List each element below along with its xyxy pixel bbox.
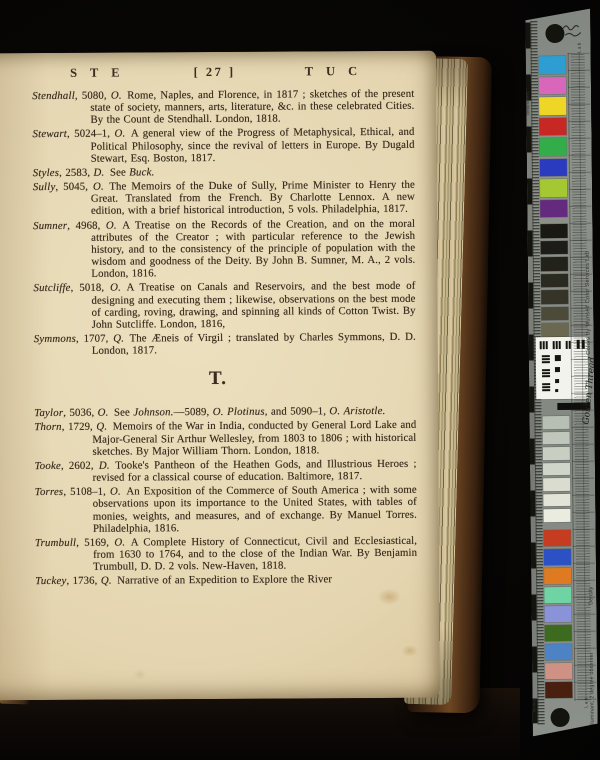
color-patch — [544, 568, 571, 584]
color-patch — [545, 663, 572, 679]
catalog-entry: Sully, 5045, O. The Memoirs of the Duke … — [33, 179, 415, 218]
calibration-strip: centimeters inches L a b — [525, 9, 598, 737]
handwritten-annotation — [561, 22, 585, 40]
color-patch — [539, 56, 566, 74]
color-patch — [540, 138, 567, 156]
catalog-entry: Tooke, 2602, D. Tooke's Pantheon of the … — [35, 458, 417, 485]
color-patch — [543, 509, 570, 522]
color-patch — [539, 117, 566, 135]
color-patch — [540, 224, 567, 238]
lab-column-header-top: L a b — [576, 37, 581, 53]
color-patch — [545, 644, 572, 660]
color-patch — [543, 431, 570, 444]
catalog-entry: Tuckey, 1736, Q. Narrative of an Expedit… — [35, 573, 417, 587]
color-patch — [541, 323, 568, 337]
catalog-entry: Stendhall, 5080, O. Rome, Naples, and Fl… — [32, 88, 414, 127]
color-patch — [540, 199, 567, 217]
catalog-entry: Sumner, 4968, O. A Treatise on the Recor… — [33, 217, 415, 280]
running-head: S T E [ 27 ] T U C — [32, 64, 414, 81]
color-patch — [545, 625, 572, 641]
color-patch — [541, 273, 568, 287]
catalog-entry: Sutcliffe, 5018, O. A Treatise on Canals… — [33, 280, 415, 331]
color-patch — [544, 606, 571, 622]
catalog-entry: Symmons, 1707, Q. The Æneis of Virgil ; … — [34, 331, 416, 358]
color-patch — [540, 179, 567, 197]
page-number: [ 27 ] — [194, 65, 236, 80]
catalog-entry: Torres, 5108–1, O. An Exposition of the … — [35, 484, 417, 535]
catalog-entry: Styles, 2583, D. See Buck. — [33, 165, 415, 179]
illuminant-label: D50 Illuminant, 2 degree observer — [589, 619, 596, 739]
entries-section-s: Stendhall, 5080, O. Rome, Naples, and Fl… — [32, 88, 416, 358]
color-patch — [541, 306, 568, 320]
color-patch — [544, 587, 571, 603]
color-patch-group-top — [526, 53, 568, 217]
lab-column-header-bottom: L a b — [583, 692, 588, 708]
catalog-entry: Taylor, 5036, O. See Johnson.—5089, O. P… — [34, 405, 416, 419]
catalog-entry: Stewart, 5024–1, O. A general view of th… — [32, 126, 414, 165]
color-patch — [543, 462, 570, 475]
color-patch — [539, 76, 566, 94]
gray-ramp-dark — [527, 221, 568, 337]
color-patch — [544, 530, 571, 546]
color-patch — [539, 97, 566, 115]
color-patch — [543, 447, 570, 460]
color-patch — [543, 478, 570, 491]
gray-ramp-light — [529, 413, 570, 522]
color-patch — [540, 158, 567, 176]
running-head-left: S T E — [70, 66, 125, 81]
density-label: Density — [588, 557, 595, 605]
color-patch-group-bottom — [531, 527, 573, 698]
color-patch — [541, 290, 568, 304]
catalog-entry: Trumbull, 5169, O. A Complete History of… — [35, 535, 417, 574]
section-letter-heading: T. — [34, 367, 402, 391]
book-page: S T E [ 27 ] T U C Stendhall, 5080, O. R… — [0, 51, 440, 701]
entries-section-t: Taylor, 5036, O. See Johnson.—5089, O. P… — [34, 405, 417, 588]
color-patch — [544, 549, 571, 565]
registration-dot-bottom — [551, 708, 570, 727]
color-patch — [541, 240, 568, 254]
color-patch — [542, 416, 569, 429]
running-head-right: T U C — [305, 64, 363, 79]
color-patch — [545, 682, 572, 698]
catalog-entry: Thorn, 1729, Q. Memoirs of the War in In… — [34, 419, 416, 458]
color-patch — [541, 257, 568, 271]
color-patch — [543, 493, 570, 506]
photo-background: S T E [ 27 ] T U C Stendhall, 5080, O. R… — [0, 0, 600, 760]
